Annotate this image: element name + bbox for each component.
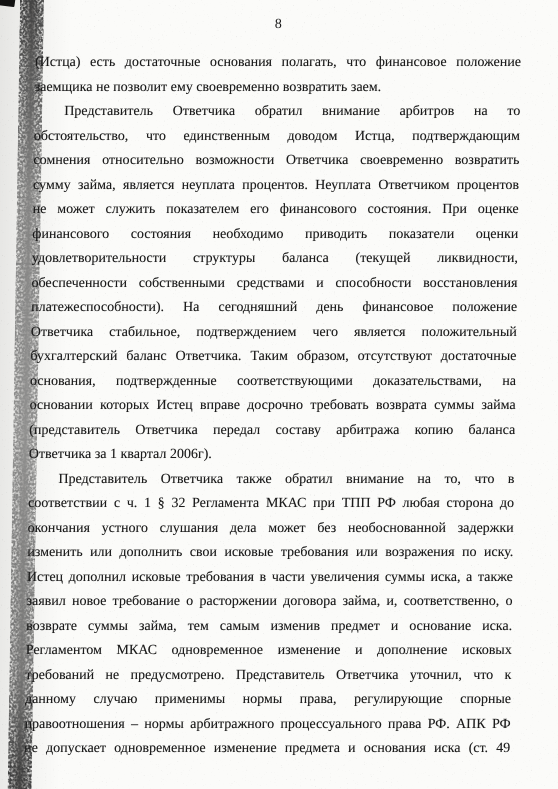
text-line: сомнения относительно возможности Ответч… <box>33 149 519 174</box>
text-line: требований не предусмотрено. Представите… <box>25 664 511 689</box>
text-line: соответствии с ч. 1 § 32 Регламента МКАС… <box>28 492 514 517</box>
text-line: бухгалтерский баланс Ответчика. Таким об… <box>30 345 516 370</box>
text-line: заемщика не позволит ему своевременно во… <box>34 76 520 101</box>
text-line: сумму займа, является неуплата процентов… <box>33 174 519 199</box>
text-line: правоотношения – нормы арбитражного проц… <box>24 713 510 738</box>
text-line: финансового состояния необходимо приводи… <box>32 223 518 248</box>
text-line: Ответчика за 1 квартал 2006г). <box>29 443 515 468</box>
text-line: платежеспособности). На сегодняшний день… <box>31 296 517 321</box>
scanned-document-page: 8 (Истца) есть достаточные основания пол… <box>0 0 558 789</box>
text-line: заявил новое требование о расторжении до… <box>26 590 512 615</box>
text-line: возврате суммы займа, тем самым изменив … <box>26 615 512 640</box>
text-line: Регламентом МКАС одновременное изменение… <box>26 639 512 664</box>
scan-corner-artifact <box>0 0 16 7</box>
text-line: Представитель Ответчика также обратил вн… <box>28 468 514 493</box>
text-line: не может служить показателем его финансо… <box>33 198 519 223</box>
page-number: 8 <box>35 15 521 35</box>
text-line: основании которых Истец вправе досрочно … <box>29 394 515 419</box>
text-line: обеспеченности собственными средствами и… <box>31 272 517 297</box>
text-line: основания, подтвержденные соответствующи… <box>30 370 516 395</box>
paragraph: Представитель Ответчика обратил внимание… <box>29 100 521 468</box>
text-line: окончания устного слушания дела может бе… <box>28 517 514 542</box>
text-line: удовлетворительности структуры баланса (… <box>32 247 518 272</box>
text-line: обстоятельство, что единственным доводом… <box>34 125 520 150</box>
paragraph: (Истца) есть достаточные основания полаг… <box>34 51 521 100</box>
text-line: Представитель Ответчика обратил внимание… <box>34 100 520 125</box>
text-line: Ответчика стабильное, подтверждением чег… <box>31 321 517 346</box>
text-line: изменить или дополнить свои исковые треб… <box>27 541 513 566</box>
text-line: (представитель Ответчика передал составу… <box>29 419 515 444</box>
text-line: (Истца) есть достаточные основания полаг… <box>35 51 521 76</box>
document-text: (Истца) есть достаточные основания полаг… <box>24 51 521 762</box>
text-line: Истец дополнил исковые требования в част… <box>27 566 513 591</box>
document-content: 8 (Истца) есть достаточные основания пол… <box>24 0 522 762</box>
text-line: не допускает одновременное изменение пре… <box>24 737 510 762</box>
text-line: данному случаю применимы нормы права, ре… <box>25 688 511 713</box>
paragraph: Представитель Ответчика также обратил вн… <box>24 468 515 762</box>
page-skew-wrapper: 8 (Истца) есть достаточные основания пол… <box>0 0 558 789</box>
